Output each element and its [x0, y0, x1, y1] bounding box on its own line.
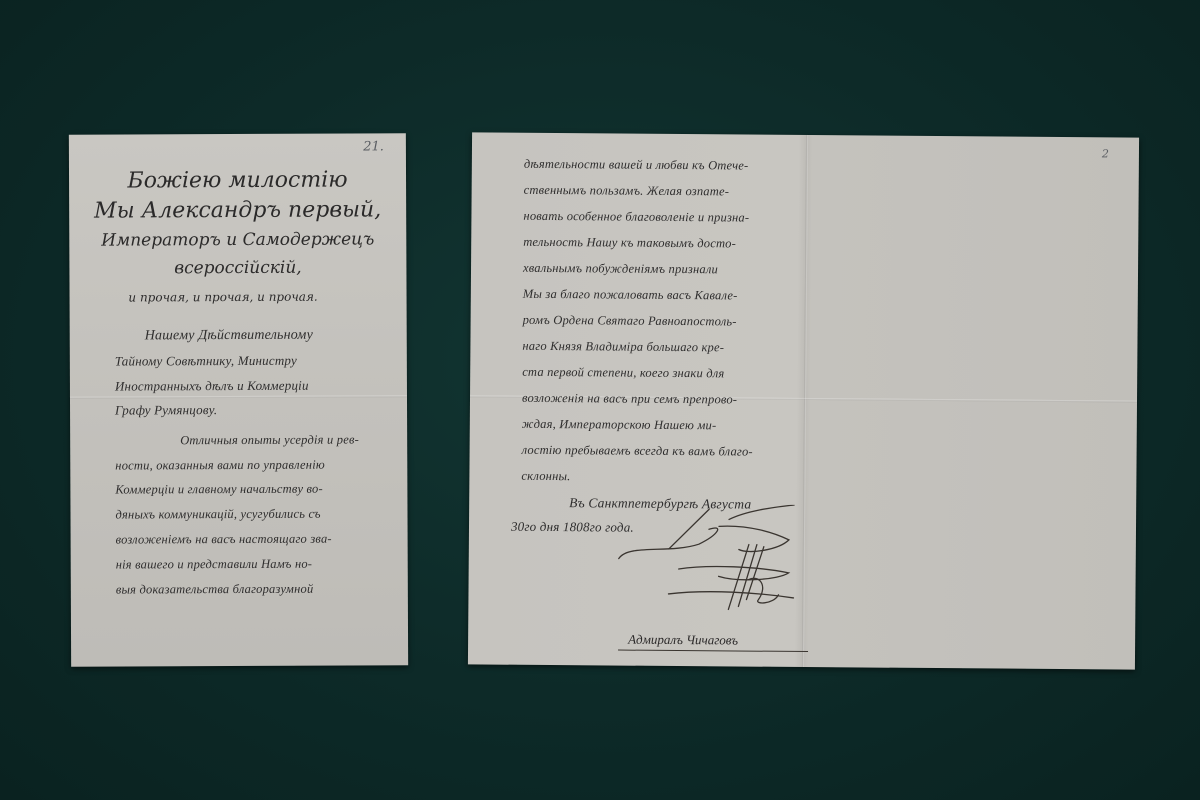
- address-line-4: Графу Румянцову.: [115, 402, 217, 418]
- body-line-1: Отличныя опыты усердiя и рев-: [180, 432, 359, 448]
- address-line-3: Иностранныхъ дѣлъ и Коммерцiи: [115, 378, 309, 395]
- body-line-4: дяныхъ коммуникацiй, усугубились съ: [115, 507, 320, 523]
- body-line-1: дѣятельности вашей и любви къ Отече-: [524, 157, 749, 174]
- heading-line-4: всероссiйскiй,: [69, 257, 406, 278]
- body-line-10: возложенiя на васъ при семъ препрово-: [522, 391, 737, 408]
- body-line-3: Коммерцiи и главному начальству во-: [115, 482, 323, 498]
- body-line-7: ромъ Ордена Святаго Равноапостоль-: [523, 313, 737, 330]
- body-line-2: ности, оказанныя вами по управленiю: [115, 458, 325, 474]
- address-line-1: Нашему Дѣйствительному: [145, 328, 313, 345]
- folio-number: 21.: [363, 139, 384, 154]
- heading-line-1: Божiею милостiю: [69, 167, 406, 193]
- body-line-7: выя доказательства благоразумной: [116, 582, 314, 598]
- countersignature: Адмиралъ Чичаговъ: [628, 632, 738, 649]
- heading-line-2: Мы Александръ первый,: [69, 197, 406, 223]
- heading-line-5: и прочая, и прочая, и прочая.: [40, 289, 407, 305]
- imperial-signature-icon: [608, 503, 809, 635]
- address-line-2: Тайному Совѣтнику, Министру: [115, 353, 297, 370]
- body-line-4: тельность Нашу къ таковымъ досто-: [523, 235, 736, 252]
- body-line-6: Мы за благо пожаловать васъ Кавале-: [523, 287, 738, 304]
- body-line-6: нiя вашего и представили Намъ но-: [116, 557, 313, 573]
- horizontal-fold-line: [70, 395, 407, 398]
- body-line-2: ственнымъ пользамъ. Желая озname-: [524, 183, 730, 200]
- body-line-5: возложенiемъ на васъ настоящаго зва-: [116, 532, 332, 548]
- countersignature-underline: [618, 650, 808, 652]
- body-line-13: склонны.: [521, 469, 570, 484]
- body-line-12: лостiю пребываемъ всегда къ вамъ благо-: [522, 443, 753, 460]
- body-line-3: новать особенное благоволенiе и призна-: [523, 209, 749, 226]
- folio-number: 2: [1102, 147, 1109, 160]
- body-line-5: хвальнымъ побужденiямъ признали: [523, 261, 718, 278]
- right-sheet-document: 2 дѣятельности вашей и любви къ Отече- с…: [468, 132, 1139, 669]
- left-page-document: 21. Божiею милостiю Мы Александръ первый…: [69, 133, 408, 666]
- body-line-11: ждая, Императорскою Нашею ми-: [522, 417, 717, 434]
- body-line-9: ста первой степени, коего знаки для: [522, 365, 724, 382]
- heading-line-3: Императоръ и Самодержецъ: [69, 229, 406, 250]
- body-line-8: наго Князя Владимiра большаго кре-: [522, 339, 724, 356]
